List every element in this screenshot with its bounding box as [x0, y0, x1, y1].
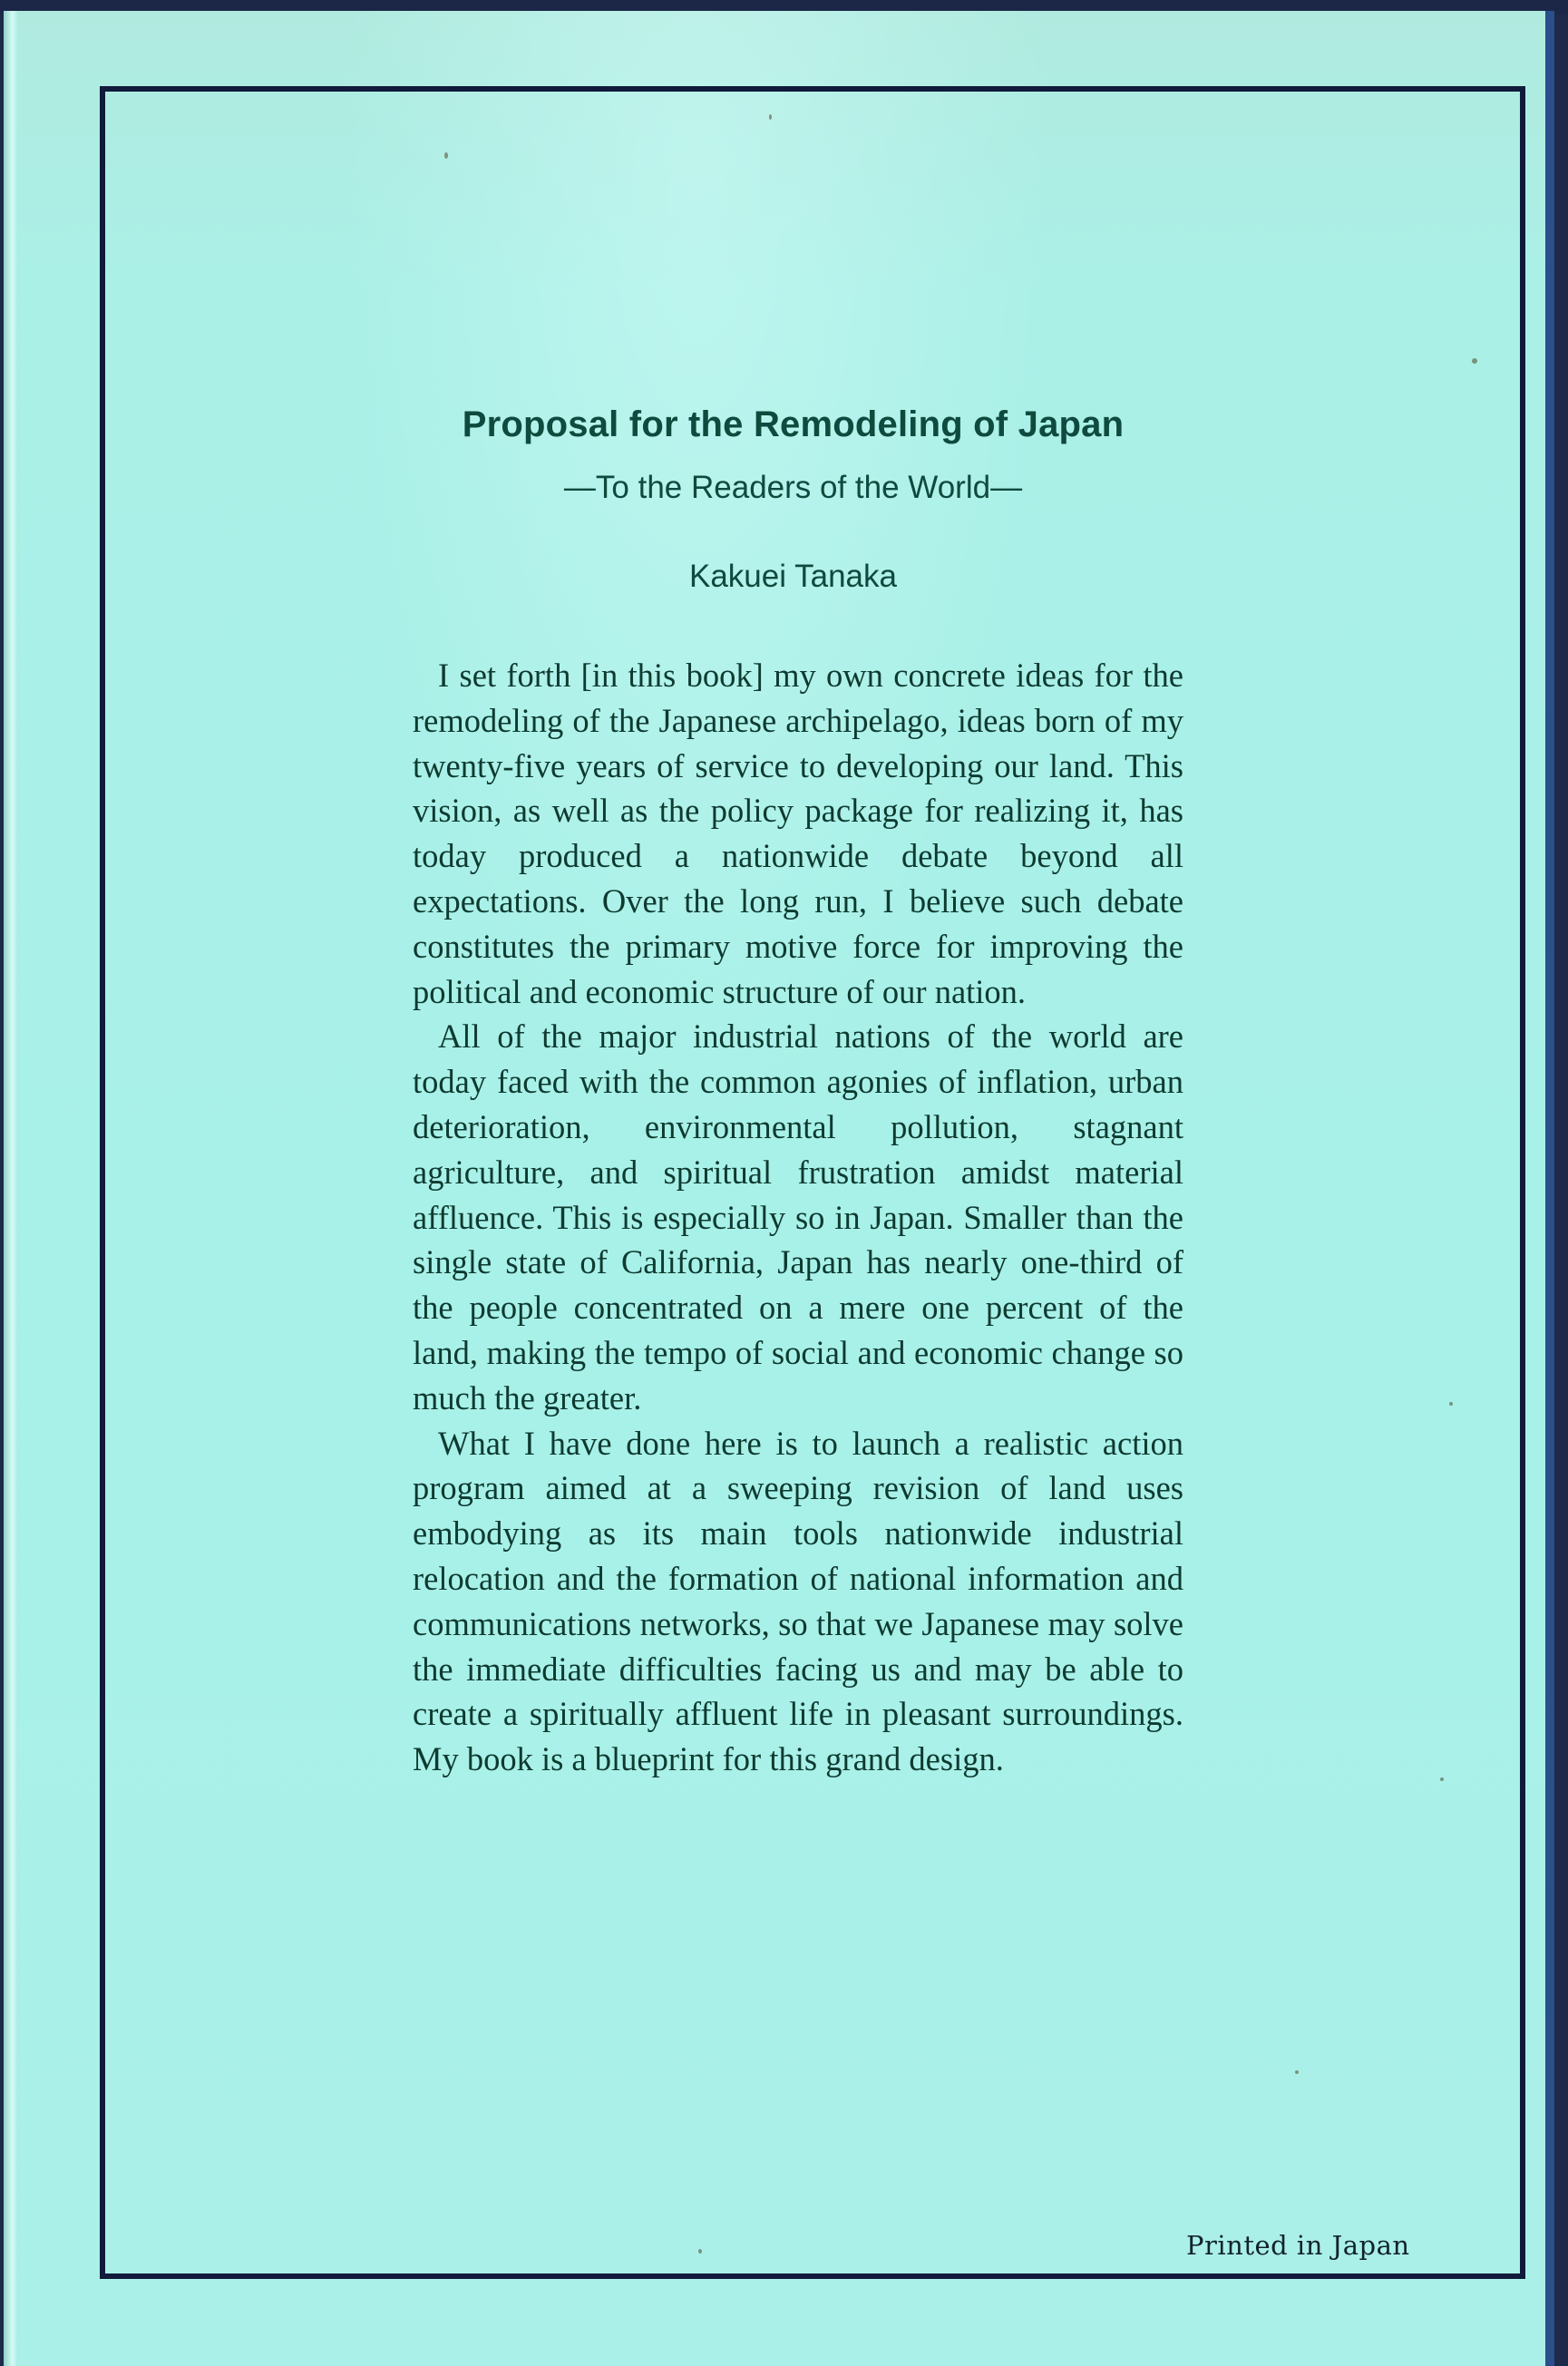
paper-speck — [444, 152, 448, 159]
book-author: Kakuei Tanaka — [0, 559, 1568, 595]
cover-spine-edge — [4, 11, 18, 2366]
printed-in-japan-imprint: Printed in Japan — [1186, 2230, 1410, 2261]
book-title: Proposal for the Remodeling of Japan — [0, 404, 1568, 445]
blurb-paragraph-1: I set forth [in this book] my own concre… — [413, 653, 1183, 1014]
blurb-paragraph-2: All of the major industrial nations of t… — [413, 1014, 1183, 1420]
paper-speck — [1440, 1777, 1444, 1781]
paper-speck — [698, 2249, 702, 2254]
blurb-text: I set forth [in this book] my own concre… — [413, 653, 1183, 1782]
paper-speck — [1472, 358, 1477, 364]
paper-speck — [769, 114, 772, 120]
blurb-paragraph-3: What I have done here is to launch a rea… — [413, 1421, 1183, 1782]
book-subtitle: —To the Readers of the World— — [0, 470, 1568, 506]
paper-speck — [1449, 1402, 1453, 1406]
paper-speck — [1295, 2070, 1299, 2074]
